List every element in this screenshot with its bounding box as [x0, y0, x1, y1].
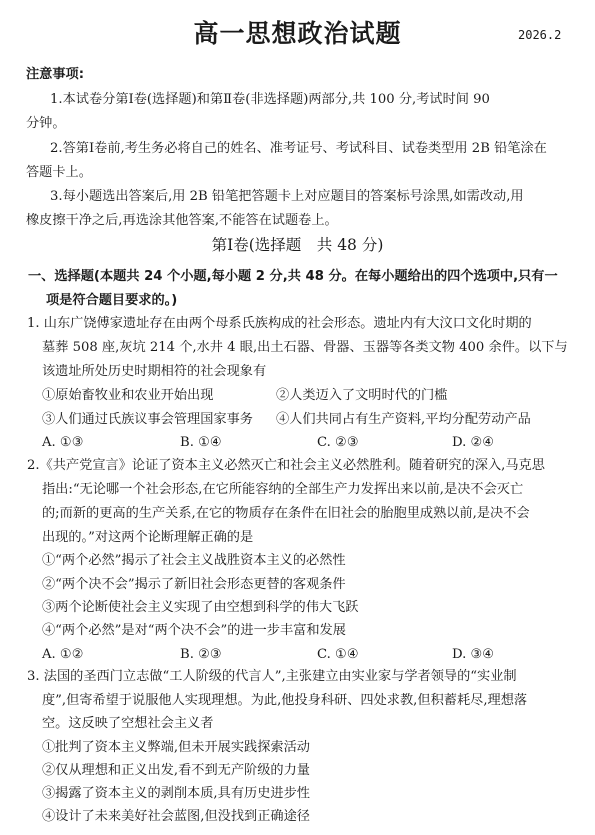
question-stem-line: 1. 山东广饶傅家遗址存在由两个母系氏族构成的社会形态。遗址内有大汶口文化时期的 — [27, 316, 532, 332]
question-stem-line: 空。这反映了空想社会主义者 — [42, 716, 213, 732]
choice-b: B. ②③ — [180, 647, 222, 663]
question-stem-line: 度”,但寄希望于说服他人实现理想。为此,他投身科研、四处求教,但积蓄耗尽,理想落 — [42, 693, 527, 709]
choice-d: D. ③④ — [452, 647, 494, 663]
statement: ①批判了资本主义弊端,但未开展实践探索活动 — [42, 740, 310, 756]
statement: ②“两个决不会”揭示了新旧社会形态更替的客观条件 — [42, 577, 346, 593]
statement: ④人们共同占有生产资料,平均分配劳动产品 — [276, 412, 531, 428]
statement: ①原始畜牧业和农业开始出现 — [42, 388, 213, 404]
statement: ③两个论断使社会主义实现了由空想到科学的伟大飞跃 — [42, 600, 359, 616]
statement: ②人类迈入了文明时代的门槛 — [276, 388, 447, 404]
statement: ①“两个必然”揭示了社会主义战胜资本主义的必然性 — [42, 553, 346, 569]
notice-item-2-cont: 答题卡上。 — [26, 165, 92, 181]
choice-d: D. ②④ — [452, 435, 494, 451]
question-stem-line: 出现的。”对这两个论断理解正确的是 — [42, 530, 253, 546]
statement: ③人们通过氏族议事会管理国家事务 — [42, 412, 253, 428]
choice-a: A. ①③ — [42, 435, 84, 451]
choice-c: C. ①④ — [317, 647, 359, 663]
notice-item-2: 2.答第Ⅰ卷前,考生务必将自己的姓名、准考证号、考试科目、试卷类型用 2B 铅笔… — [50, 141, 547, 157]
choice-a: A. ①② — [42, 647, 84, 663]
statement: ②仅从理想和正义出发,看不到无产阶级的力量 — [42, 763, 310, 779]
choice-b: B. ①④ — [180, 435, 222, 451]
statement: ④“两个必然”是对“两个决不会”的进一步丰富和发展 — [42, 623, 346, 639]
notice-item-3-cont: 橡皮擦干净之后,再选涂其他答案,不能答在试题卷上。 — [26, 213, 338, 229]
question-stem-line: 3. 法国的圣西门立志做“工人阶级的代言人”,主张建立由实业家与学者领导的“实业… — [27, 669, 517, 685]
section-instructions: 一、选择题(本题共 24 个小题,每小题 2 分,共 48 分。在每小题给出的四… — [28, 269, 558, 285]
question-stem-line: 指出:“无论哪一个社会形态,在它所能容纳的全部生产力发挥出来以前,是决不会灭亡 — [42, 482, 523, 498]
statement: ④设计了未来美好社会蓝图,但没找到正确途径 — [42, 809, 310, 825]
statement: ③揭露了资本主义的剥削本质,具有历史进步性 — [42, 786, 310, 802]
question-stem-line: 墓葬 508 座,灰坑 214 个,水井 4 眼,出土石器、骨器、玉器等各类文物… — [42, 340, 568, 356]
exam-date: 2026.2 — [518, 28, 561, 42]
question-stem-line: 2.《共产党宣言》论证了资本主义必然灭亡和社会主义必然胜利。随着研究的深入,马克… — [27, 458, 545, 474]
question-stem-line: 的;而新的更高的生产关系,在它的物质存在条件在旧社会的胎胞里成熟以前,是决不会 — [42, 506, 530, 522]
section-title: 第Ⅰ卷(选择题 共 48 分) — [0, 233, 595, 255]
notice-item-3: 3.每小题选出答案后,用 2B 铅笔把答题卡上对应题目的答案标号涂黑,如需改动,… — [50, 189, 524, 205]
choice-c: C. ②③ — [317, 435, 359, 451]
question-stem-line: 该遗址所处历史时期相符的社会现象有 — [42, 364, 266, 380]
exam-title: 高一思想政治试题 — [0, 14, 595, 50]
section-instructions-cont: 项是符合题目要求的。) — [46, 293, 177, 309]
notice-item-1-cont: 分钟。 — [26, 116, 66, 132]
notice-heading: 注意事项: — [26, 67, 84, 83]
notice-item-1: 1.本试卷分第Ⅰ卷(选择题)和第Ⅱ卷(非选择题)两部分,共 100 分,考试时间… — [50, 92, 490, 108]
